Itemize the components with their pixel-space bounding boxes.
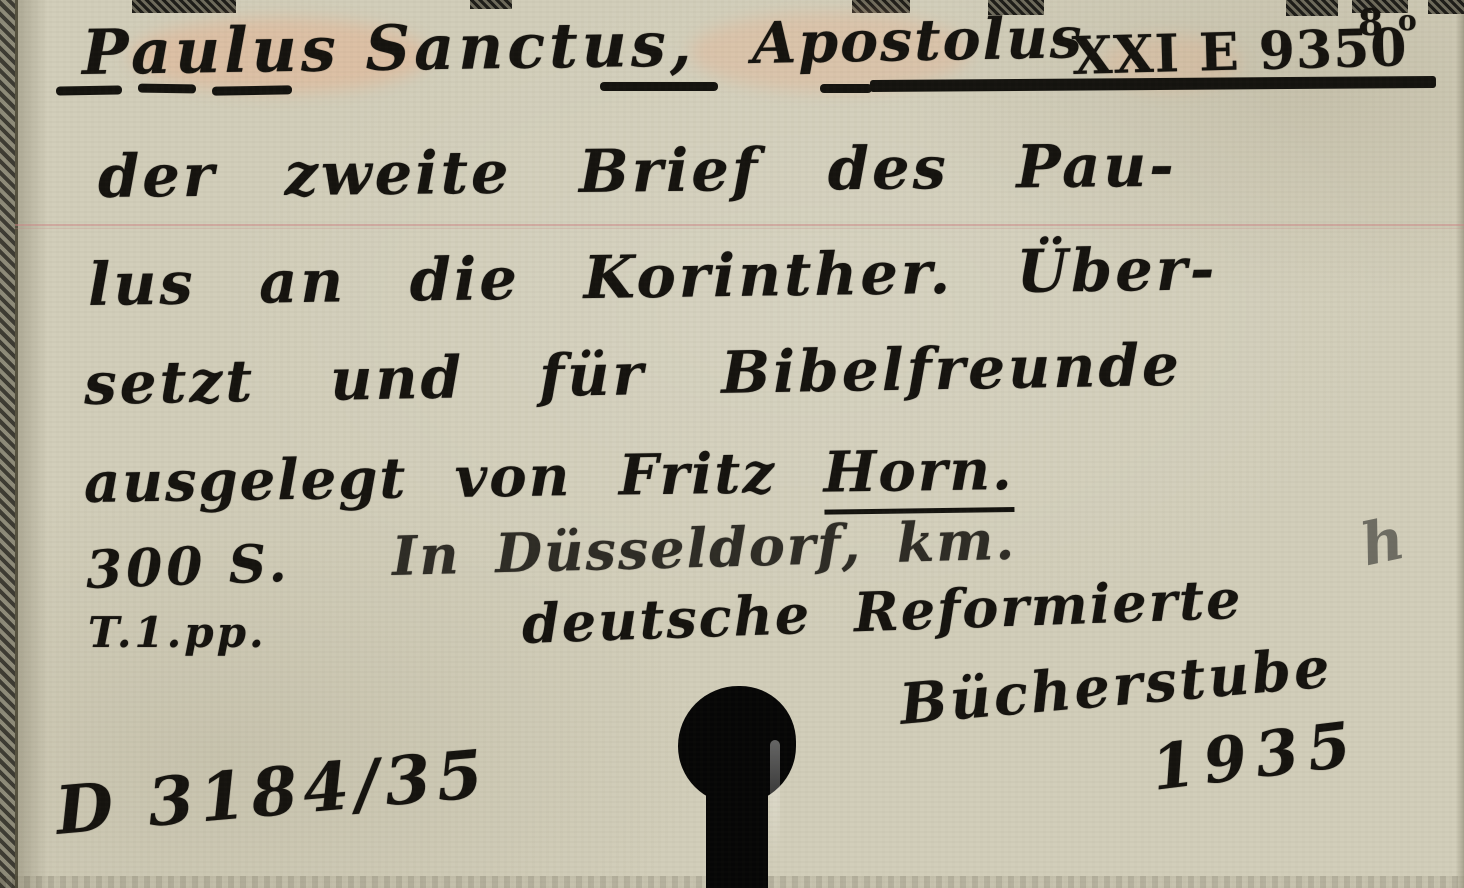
body-line-3: setzt und für Bibelfreunde [83, 331, 1182, 418]
heading-underline [870, 76, 1436, 92]
pencil-annotation: h [1355, 504, 1410, 579]
heading-underline-dash [56, 85, 122, 95]
scan-top-mark [1428, 0, 1464, 14]
heading-author: Paulus Sanctus, [81, 7, 695, 89]
heading-underline-dash [138, 83, 196, 93]
scan-left-edge [0, 0, 18, 888]
scan-left-edge-shadow [18, 0, 48, 888]
heading-underline-dash [600, 82, 718, 91]
body-line-2: lus an die Korinther. Über- [88, 234, 1218, 319]
scan-top-mark [470, 0, 512, 9]
body-line-4-prefix: ausgelegt von Fritz [84, 440, 824, 516]
scan-top-mark [132, 0, 236, 13]
accession-number: D 3184/35 [53, 734, 492, 850]
place-of-publication: In Düsseldorf, km. [391, 508, 1017, 588]
ruled-line [15, 224, 1464, 226]
extent-pages: 300 S. [85, 533, 291, 601]
scan-right-edge [1456, 0, 1464, 888]
heading-title: Apostolus [751, 4, 1084, 77]
punch-hole-slot [706, 770, 768, 888]
publication-year: 1935 [1148, 707, 1364, 805]
format-notation-superscript: 8 [1358, 2, 1383, 44]
note-abbreviation: T.1.pp. [88, 608, 267, 657]
body-line-4: ausgelegt von Fritz Horn. [84, 437, 1014, 516]
punch-hole-tear [770, 740, 780, 860]
ruled-line-faint [15, 228, 1464, 229]
editor-name-underlined: Horn. [823, 437, 1014, 515]
format-notation-degree: o [1398, 4, 1417, 37]
heading-underline-dash [820, 84, 872, 93]
body-line-1: der zweite Brief des Pau- [98, 131, 1177, 211]
scan-top-mark [1286, 0, 1338, 16]
heading-underline-dash [212, 85, 292, 95]
catalog-card-scan: Paulus Sanctus, Apostolus XXI E 9350 8 o… [0, 0, 1464, 888]
